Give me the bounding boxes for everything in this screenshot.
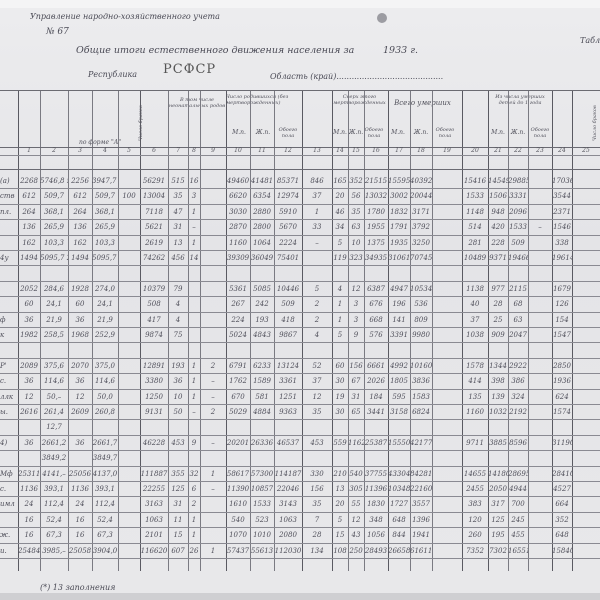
table-row: ллк1250,–1250,01250101–67058112511219311…: [0, 389, 600, 405]
table-cell: 1533: [508, 219, 528, 235]
table-cell: 559: [332, 435, 348, 451]
table-cell: 509,7: [40, 188, 68, 204]
table-cell: 2089: [18, 358, 40, 374]
table-cell: 509: [274, 296, 302, 312]
table-cell: 31: [348, 389, 364, 405]
table-cell: 25056: [68, 466, 92, 482]
table-cell: 47: [168, 204, 188, 220]
table-cell: 5: [332, 512, 348, 528]
table-label: Табл.: [580, 36, 600, 45]
table-cell: 3985,–: [40, 543, 68, 559]
table-cell: 65: [348, 404, 364, 420]
table-cell: 120: [462, 512, 488, 528]
table-cell: 10857: [250, 481, 274, 497]
row-label: Мф: [0, 466, 18, 482]
table-cell: 5910: [274, 204, 302, 220]
header-still-total: Обоего пола: [364, 127, 384, 139]
table-cell: 6620: [226, 188, 250, 204]
table-row: 1652,41652,41063111540523106375123486481…: [0, 512, 600, 528]
table-cell: 3: [188, 188, 200, 204]
table-cell: 126: [552, 296, 572, 312]
table-cell: 393,1: [92, 481, 118, 497]
table-cell: 3171: [410, 204, 432, 220]
table-cell: 16: [68, 512, 92, 528]
column-number: 3: [68, 147, 92, 154]
table-cell: 1: [188, 527, 200, 543]
table-cell: 245: [508, 512, 528, 528]
table-cell: 4137,0: [92, 466, 118, 482]
table-cell: 46: [332, 204, 348, 220]
table-cell: 1: [302, 204, 332, 220]
table-cell: 1955: [364, 219, 388, 235]
table-cell: 114,6: [40, 373, 68, 389]
table-cell: 125: [168, 481, 188, 497]
table-cell: 1070: [226, 527, 250, 543]
table-cell: 2371: [552, 204, 572, 220]
table-cell: 1941: [410, 527, 432, 543]
column-number: 6: [140, 147, 168, 154]
table-cell: 3: [348, 312, 364, 328]
table-cell: 2052: [18, 281, 40, 297]
table-cell: –: [200, 389, 226, 405]
table-row: 12,7: [0, 419, 600, 435]
table-cell: 37: [302, 373, 332, 389]
table-row: 4)362661,2362661,7462284539–202012633646…: [0, 435, 600, 451]
table-cell: 664: [552, 496, 572, 512]
table-cell: 10379: [140, 281, 168, 297]
table-cell: 24,1: [40, 296, 68, 312]
table-cell: 103,3: [92, 235, 118, 251]
column-number: 14: [332, 147, 348, 154]
table-cell: 2192: [508, 404, 528, 420]
table-cell: 193: [168, 358, 188, 374]
table-cell: 368,1: [40, 204, 68, 220]
table-cell: 523: [250, 512, 274, 528]
table-cell: 1160: [226, 235, 250, 251]
table-row: ств612509,7612509,7100130043536620635412…: [0, 188, 600, 204]
table-cell: 264: [68, 204, 92, 220]
table-cell: 1547: [552, 327, 572, 343]
table-cell: 1589: [250, 373, 274, 389]
table-cell: 1832: [388, 204, 410, 220]
table-cell: 648: [388, 512, 410, 528]
table-cell: 368,1: [92, 204, 118, 220]
table-cell: 264: [18, 204, 40, 220]
table-cell: 5: [302, 281, 332, 297]
table-cell: 1: [188, 373, 200, 389]
table-cell: 7118: [140, 204, 168, 220]
table-row: 136265,9136265,9562131–28702800567033346…: [0, 219, 600, 235]
table-row: 6024,16024,15084267242509213676196536402…: [0, 296, 600, 312]
table-cell: 1533: [250, 496, 274, 512]
table-cell: 12: [348, 281, 364, 297]
table-cell: 35: [302, 496, 332, 512]
table-cell: 22255: [140, 481, 168, 497]
table-cell: 31: [168, 219, 188, 235]
table-cell: 2080: [274, 527, 302, 543]
table-cell: 3441: [364, 404, 388, 420]
table-cell: 375,6: [40, 358, 68, 374]
table-cell: 607: [168, 543, 188, 559]
table-cell: 31: [168, 496, 188, 512]
table-cell: 28: [302, 527, 332, 543]
table-cell: 1: [188, 235, 200, 251]
header-divider: [0, 155, 600, 156]
table-cell: 2096: [508, 204, 528, 220]
table-cell: 37: [462, 312, 488, 328]
table-cell: 20201: [226, 435, 250, 451]
table-cell: 330: [302, 466, 332, 482]
document-year: 1933 г.: [383, 45, 418, 56]
header-deaths-f: Ж.п.: [410, 129, 432, 136]
table-cell: 52,4: [40, 512, 68, 528]
table-cell: 267: [226, 296, 250, 312]
column-number: 18: [410, 147, 432, 154]
table-cell: 9711: [462, 435, 488, 451]
column-number: 4: [92, 147, 118, 154]
table-cell: 10489: [462, 250, 488, 266]
table-cell: 612: [18, 188, 40, 204]
table-cell: 2047: [508, 327, 528, 343]
table-cell: 453: [302, 435, 332, 451]
header-deaths-total: Обоего пола: [432, 127, 458, 139]
table-cell: 19466: [508, 250, 528, 266]
table-cell: 75401: [274, 250, 302, 266]
table-cell: 63: [348, 219, 364, 235]
table-cell: 700: [508, 496, 528, 512]
table-cell: 22160: [410, 481, 432, 497]
table-cell: 15595: [388, 173, 410, 189]
table-cell: 3904,0: [92, 543, 118, 559]
table-cell: 9980: [410, 327, 432, 343]
table-cell: 31190: [552, 435, 572, 451]
table-cell: 418: [274, 312, 302, 328]
table-cell: 9131: [140, 404, 168, 420]
table-cell: –: [528, 219, 552, 235]
table-cell: 42177: [410, 435, 432, 451]
table-cell: 39309: [226, 250, 250, 266]
table-cell: 156: [302, 481, 332, 497]
table-cell: 112030: [274, 543, 302, 559]
table-cell: 3557: [410, 496, 432, 512]
header-infant-m: М.п.: [488, 129, 508, 136]
column-number: 17: [388, 147, 410, 154]
table-cell: 12,7: [40, 419, 68, 435]
table-cell: 14: [188, 250, 200, 266]
row-label: ы.: [0, 404, 18, 420]
table-cell: –: [188, 404, 200, 420]
table-cell: 28695: [508, 466, 528, 482]
table-cell: 5746,8 5474,2: [40, 173, 68, 189]
column-number: 7: [168, 147, 188, 154]
table-cell: –: [200, 435, 226, 451]
column-number: 24: [552, 147, 572, 154]
table-cell: 25311: [18, 466, 40, 482]
table-cell: 15: [332, 527, 348, 543]
table-cell: 3849,7: [92, 450, 118, 466]
header-still-m: М.п.: [332, 129, 348, 136]
table-cell: 46537: [274, 435, 302, 451]
table-cell: 20044: [410, 188, 432, 204]
table-cell: 324: [508, 389, 528, 405]
table-cell: 1148: [462, 204, 488, 220]
table-cell: 250: [348, 543, 364, 559]
table-cell: 19614: [552, 250, 572, 266]
table-cell: 35: [168, 188, 188, 204]
table-cell: 1136: [18, 481, 40, 497]
table-cell: 63: [508, 312, 528, 328]
table-cell: 1063: [140, 512, 168, 528]
table-cell: 260,8: [92, 404, 118, 420]
table-cell: 1: [188, 358, 200, 374]
document-title: Общие итоги естественного движения насел…: [76, 45, 354, 56]
table-cell: 3163: [140, 496, 168, 512]
table-cell: 21,9: [92, 312, 118, 328]
table-cell: 258,5: [40, 327, 68, 343]
row-label: с.: [0, 373, 18, 389]
table-cell: 29885: [508, 173, 528, 189]
table-cell: 136: [18, 219, 40, 235]
table-cell: 261,4: [40, 404, 68, 420]
table-cell: 1805: [388, 373, 410, 389]
table-cell: 252,9: [92, 327, 118, 343]
table-cell: 31061: [388, 250, 410, 266]
table-cell: 3002: [388, 188, 410, 204]
table-cell: 323: [348, 250, 364, 266]
table-cell: 1056: [364, 527, 388, 543]
table-cell: 2256: [68, 173, 92, 189]
table-cell: 74262: [140, 250, 168, 266]
table-cell: 2050: [488, 481, 508, 497]
table-cell: 383: [462, 496, 488, 512]
table-cell: 12891: [140, 358, 168, 374]
row-label: Р': [0, 358, 18, 374]
table-cell: 420: [488, 219, 508, 235]
table-cell: 67,3: [92, 527, 118, 543]
table-cell: 114,6: [92, 373, 118, 389]
table-cell: 28493: [364, 543, 388, 559]
table-cell: 4947: [388, 281, 410, 297]
table-cell: 33: [302, 219, 332, 235]
table-row: ы.2616261,42609260,8913150–2502948849363…: [0, 404, 600, 420]
table-cell: 581: [250, 389, 274, 405]
table-cell: 386: [508, 373, 528, 389]
republic-label: Республика: [88, 70, 137, 79]
header-born-total: Обоего пола: [275, 127, 301, 139]
table-cell: 1679: [552, 281, 572, 297]
table-cell: 1375: [364, 235, 388, 251]
table-cell: 41481: [250, 173, 274, 189]
table-cell: 5095,7 2056,6: [40, 250, 68, 266]
header-deaths-m: М.п.: [388, 129, 408, 136]
table-cell: 648: [552, 527, 572, 543]
table-cell: 9363: [274, 404, 302, 420]
table-cell: 5085: [250, 281, 274, 297]
table-cell: 274,0: [92, 281, 118, 297]
table-cell: 16: [68, 527, 92, 543]
table-cell: 9: [348, 327, 364, 343]
table-cell: 13004: [140, 188, 168, 204]
table-cell: 26658: [388, 543, 410, 559]
table-row: и.254843985,–250583904,01166206072615743…: [0, 543, 600, 559]
table-cell: 24: [68, 496, 92, 512]
row-label: имл: [0, 496, 18, 512]
table-cell: 60: [68, 296, 92, 312]
table-cell: 11396: [364, 481, 388, 497]
table-cell: 1: [200, 543, 226, 559]
row-label: пл.: [0, 204, 18, 220]
table-cell: 1982: [18, 327, 40, 343]
table-cell: 12974: [274, 188, 302, 204]
table-cell: 624: [552, 389, 572, 405]
table-cell: 1780: [364, 204, 388, 220]
table-cell: 141: [388, 312, 410, 328]
table-row: [0, 342, 600, 358]
table-cell: 67,3: [40, 527, 68, 543]
table-cell: 2: [302, 312, 332, 328]
table-cell: 119: [332, 250, 348, 266]
table-cell: 5361: [226, 281, 250, 297]
table-cell: 156: [348, 358, 364, 374]
table-cell: 136: [68, 219, 92, 235]
column-number: 19: [432, 147, 462, 154]
table-cell: 162: [68, 235, 92, 251]
header-infant-f: Ж.п.: [508, 129, 528, 136]
table-cell: 305: [348, 481, 364, 497]
table-cell: 2661,7: [92, 435, 118, 451]
table-cell: 1: [188, 389, 200, 405]
table-cell: 1578: [462, 358, 488, 374]
table-cell: 1010: [250, 527, 274, 543]
row-label: ств: [0, 188, 18, 204]
table-cell: 36: [18, 435, 40, 451]
table-cell: 844: [388, 527, 410, 543]
table-cell: 111887: [140, 466, 168, 482]
table-cell: 4: [332, 281, 348, 297]
table-cell: 112,4: [40, 496, 68, 512]
table-cell: 35: [302, 404, 332, 420]
table-cell: 21,9: [40, 312, 68, 328]
table-cell: 25058: [68, 543, 92, 559]
table-cell: 2115: [508, 281, 528, 297]
table-cell: 1968: [68, 327, 92, 343]
row-label: с.: [0, 481, 18, 497]
table-cell: 84281: [410, 466, 432, 482]
table-cell: 3544: [552, 188, 572, 204]
table-cell: 1610: [226, 496, 250, 512]
table-row: ф3621,93621,9417422419341821366814180937…: [0, 312, 600, 328]
column-number: 11: [250, 147, 274, 154]
table-cell: 60: [332, 358, 348, 374]
table-cell: 25387: [364, 435, 388, 451]
table-cell: 3143: [274, 496, 302, 512]
table-cell: 1830: [364, 496, 388, 512]
table-cell: 1: [332, 296, 348, 312]
table-cell: 1791: [388, 219, 410, 235]
table-cell: 5670: [274, 219, 302, 235]
table-row: Р'2089375,62070375,012891193126791623313…: [0, 358, 600, 374]
table-cell: 540: [348, 466, 364, 482]
table-cell: –: [200, 373, 226, 389]
table-cell: 10446: [274, 281, 302, 297]
table-cell: 12: [348, 512, 364, 528]
table-cell: 32: [188, 466, 200, 482]
table-cell: 2: [200, 358, 226, 374]
row-label: ф: [0, 312, 18, 328]
table-cell: 2616: [18, 404, 40, 420]
table-cell: 977: [488, 281, 508, 297]
table-cell: 3250: [410, 235, 432, 251]
table-cell: 9867: [274, 327, 302, 343]
table-cell: 20: [332, 188, 348, 204]
table-cell: 21515: [364, 173, 388, 189]
table-cell: 9: [188, 435, 200, 451]
table-cell: 36: [68, 435, 92, 451]
column-number: 23: [528, 147, 552, 154]
table-cell: 1935: [388, 235, 410, 251]
table-cell: 14549: [488, 173, 508, 189]
table-cell: 3: [348, 296, 364, 312]
table-cell: 284,6: [40, 281, 68, 297]
table-cell: 67: [348, 373, 364, 389]
row-label: к: [0, 327, 18, 343]
table-cell: 2870: [226, 219, 250, 235]
table-cell: 2: [188, 496, 200, 512]
table-cell: 2455: [462, 481, 488, 497]
table-cell: 108: [332, 543, 348, 559]
table-cell: 1344: [488, 358, 508, 374]
table-cell: 15840: [552, 543, 572, 559]
table-cell: 1494: [18, 250, 40, 266]
table-cell: 37755: [364, 466, 388, 482]
table-cell: 224: [226, 312, 250, 328]
table-cell: 453: [168, 435, 188, 451]
table-cell: 61611: [410, 543, 432, 559]
table-row: пл.264368,1264368,1711847130302880591014…: [0, 204, 600, 220]
table-cell: 139: [488, 389, 508, 405]
table-cell: 515: [168, 173, 188, 189]
table-cell: 79: [168, 281, 188, 297]
table-cell: 6387: [364, 281, 388, 297]
table-row: 162103,3162103,32619131116010642224–5101…: [0, 235, 600, 251]
table-cell: 5: [332, 327, 348, 343]
table-cell: 15416: [462, 173, 488, 189]
table-cell: 393,1: [40, 481, 68, 497]
row-label: (а): [0, 173, 18, 189]
column-number: 20: [462, 147, 488, 154]
table-cell: 35: [348, 204, 364, 220]
table-cell: 576: [364, 327, 388, 343]
table-cell: 2609: [68, 404, 92, 420]
table-cell: 3792: [410, 219, 432, 235]
table-cell: 595: [388, 389, 410, 405]
table-cell: 12: [68, 389, 92, 405]
table-cell: 514: [462, 219, 488, 235]
table-row: к1982258,51968252,9987475502448439867459…: [0, 327, 600, 343]
table-cell: 55613: [250, 543, 274, 559]
table-cell: 2070: [68, 358, 92, 374]
table-cell: 154: [552, 312, 572, 328]
table-cell: 846: [302, 173, 332, 189]
table-cell: –: [302, 235, 332, 251]
table-cell: 100: [118, 188, 140, 204]
table-cell: 24,1: [92, 296, 118, 312]
table-cell: 414: [462, 373, 488, 389]
table-cell: 9874: [140, 327, 168, 343]
table-cell: 1506: [488, 188, 508, 204]
table-cell: 112,4: [92, 496, 118, 512]
table-cell: 455: [508, 527, 528, 543]
